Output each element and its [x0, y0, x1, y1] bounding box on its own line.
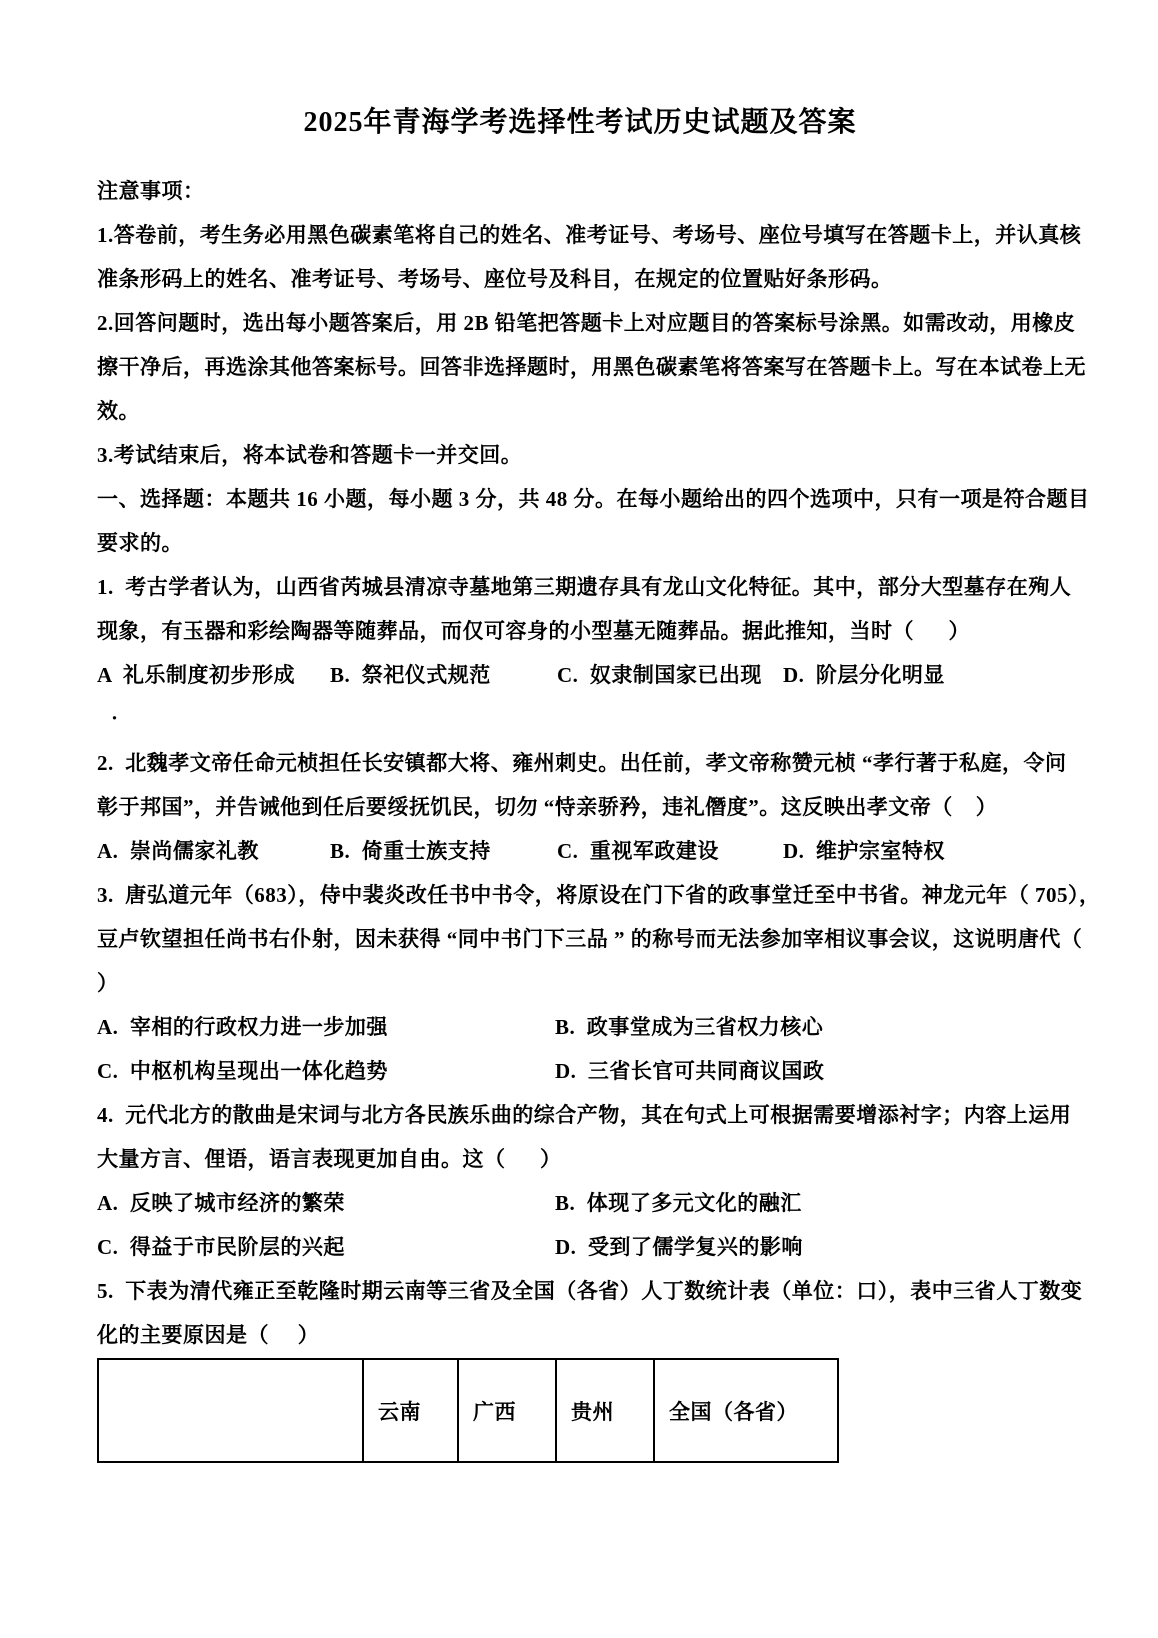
document-line: ） [97, 960, 1063, 1004]
option-item: A. 崇尚儒家礼教 [97, 835, 330, 865]
option-item: B. 倚重士族支持 [330, 835, 557, 865]
option-item: A. 反映了城市经济的繁荣 [97, 1187, 555, 1217]
option-item: C. 奴隶制国家已出现 [557, 659, 783, 689]
table-header-cell: 全国（各省） [654, 1359, 838, 1462]
option-item: C. 中枢机构呈现出一体化趋势 [97, 1055, 555, 1085]
option-item: D. 受到了儒学复兴的影响 [555, 1231, 803, 1261]
table-header-cell [98, 1359, 363, 1462]
option-item: B. 祭祀仪式规范 [330, 659, 557, 689]
document-line: 效。 [97, 388, 1063, 432]
stray-dot: · [97, 696, 1063, 740]
option-row: A. 反映了城市经济的繁荣B. 体现了多元文化的融汇 [97, 1180, 1063, 1224]
document-line: 2.回答问题时，选出每小题答案后，用 2B 铅笔把答题卡上对应题目的答案标号涂黑… [97, 300, 1063, 344]
document-line: 化的主要原因是（ ） [97, 1312, 1063, 1356]
option-row: A. 宰相的行政权力进一步加强B. 政事堂成为三省权力核心 [97, 1004, 1063, 1048]
document-line: 现象，有玉器和彩绘陶器等随葬品，而仅可容身的小型墓无随葬品。据此推知，当时（ ） [97, 608, 1063, 652]
document-line: 准条形码上的姓名、准考证号、考场号、座位号及科目，在规定的位置贴好条形码。 [97, 256, 1063, 300]
document-line: 2. 北魏孝文帝任命元桢担任长安镇都大将、雍州刺史。出任前，孝文帝称赞元桢 “孝… [97, 740, 1063, 784]
option-item: C. 重视军政建设 [557, 835, 783, 865]
document-line: 5. 下表为清代雍正至乾隆时期云南等三省及全国（各省）人丁数统计表（单位：口），… [97, 1268, 1063, 1312]
document-line: 4. 元代北方的散曲是宋词与北方各民族乐曲的综合产物，其在句式上可根据需要增添衬… [97, 1092, 1063, 1136]
option-item: D. 维护宗室特权 [783, 835, 945, 865]
document-line: 1.答卷前，考生务必用黑色碳素笔将自己的姓名、准考证号、考场号、座位号填写在答题… [97, 212, 1063, 256]
document-line: 3. 唐弘道元年（683），侍中裴炎改任书中书令，将原设在门下省的政事堂迁至中书… [97, 872, 1063, 916]
option-item: A 礼乐制度初步形成 [97, 659, 330, 689]
document-line: 1. 考古学者认为，山西省芮城县清凉寺墓地第三期遗存具有龙山文化特征。其中，部分… [97, 564, 1063, 608]
document-line: 一、选择题：本题共 16 小题，每小题 3 分，共 48 分。在每小题给出的四个… [97, 476, 1063, 520]
option-row: C. 得益于市民阶层的兴起D. 受到了儒学复兴的影响 [97, 1224, 1063, 1268]
option-item: A. 宰相的行政权力进一步加强 [97, 1011, 555, 1041]
table-header-cell: 贵州 [556, 1359, 654, 1462]
option-row: C. 中枢机构呈现出一体化趋势D. 三省长官可共同商议国政 [97, 1048, 1063, 1092]
document-line: 3.考试结束后，将本试卷和答题卡一并交回。 [97, 432, 1063, 476]
document-line: 要求的。 [97, 520, 1063, 564]
option-item: D. 阶层分化明显 [783, 659, 945, 689]
table-header-row: 云南广西贵州全国（各省） [98, 1359, 838, 1462]
option-row: A. 崇尚儒家礼教B. 倚重士族支持C. 重视军政建设D. 维护宗室特权 [97, 828, 1063, 872]
document-line: 擦干净后，再选涂其他答案标号。回答非选择题时，用黑色碳素笔将答案写在答题卡上。写… [97, 344, 1063, 388]
table-header-cell: 云南 [363, 1359, 458, 1462]
option-item: D. 三省长官可共同商议国政 [555, 1055, 824, 1085]
table-header-cell: 广西 [458, 1359, 556, 1462]
document-line: 豆卢钦望担任尚书右仆射，因未获得 “同中书门下三品 ” 的称号而无法参加宰相议事… [97, 916, 1063, 960]
page-title: 2025年青海学考选择性考试历史试题及答案 [97, 104, 1063, 142]
document-line: 大量方言、俚语，语言表现更加自由。这（ ） [97, 1136, 1063, 1180]
population-table: 云南广西贵州全国（各省） [97, 1358, 839, 1463]
document-line: 彰于邦国”，并告诫他到任后要绥抚饥民，切勿 “恃亲骄矜，违礼僭度”。这反映出孝文… [97, 784, 1063, 828]
option-item: B. 政事堂成为三省权力核心 [555, 1011, 823, 1041]
exam-document-page: 2025年青海学考选择性考试历史试题及答案 注意事项：1.答卷前，考生务必用黑色… [0, 0, 1158, 1638]
document-body: 注意事项：1.答卷前，考生务必用黑色碳素笔将自己的姓名、准考证号、考场号、座位号… [97, 168, 1063, 1356]
document-line: 注意事项： [97, 168, 1063, 212]
option-row: A 礼乐制度初步形成B. 祭祀仪式规范C. 奴隶制国家已出现D. 阶层分化明显 [97, 652, 1063, 696]
option-item: C. 得益于市民阶层的兴起 [97, 1231, 555, 1261]
option-item: B. 体现了多元文化的融汇 [555, 1187, 802, 1217]
